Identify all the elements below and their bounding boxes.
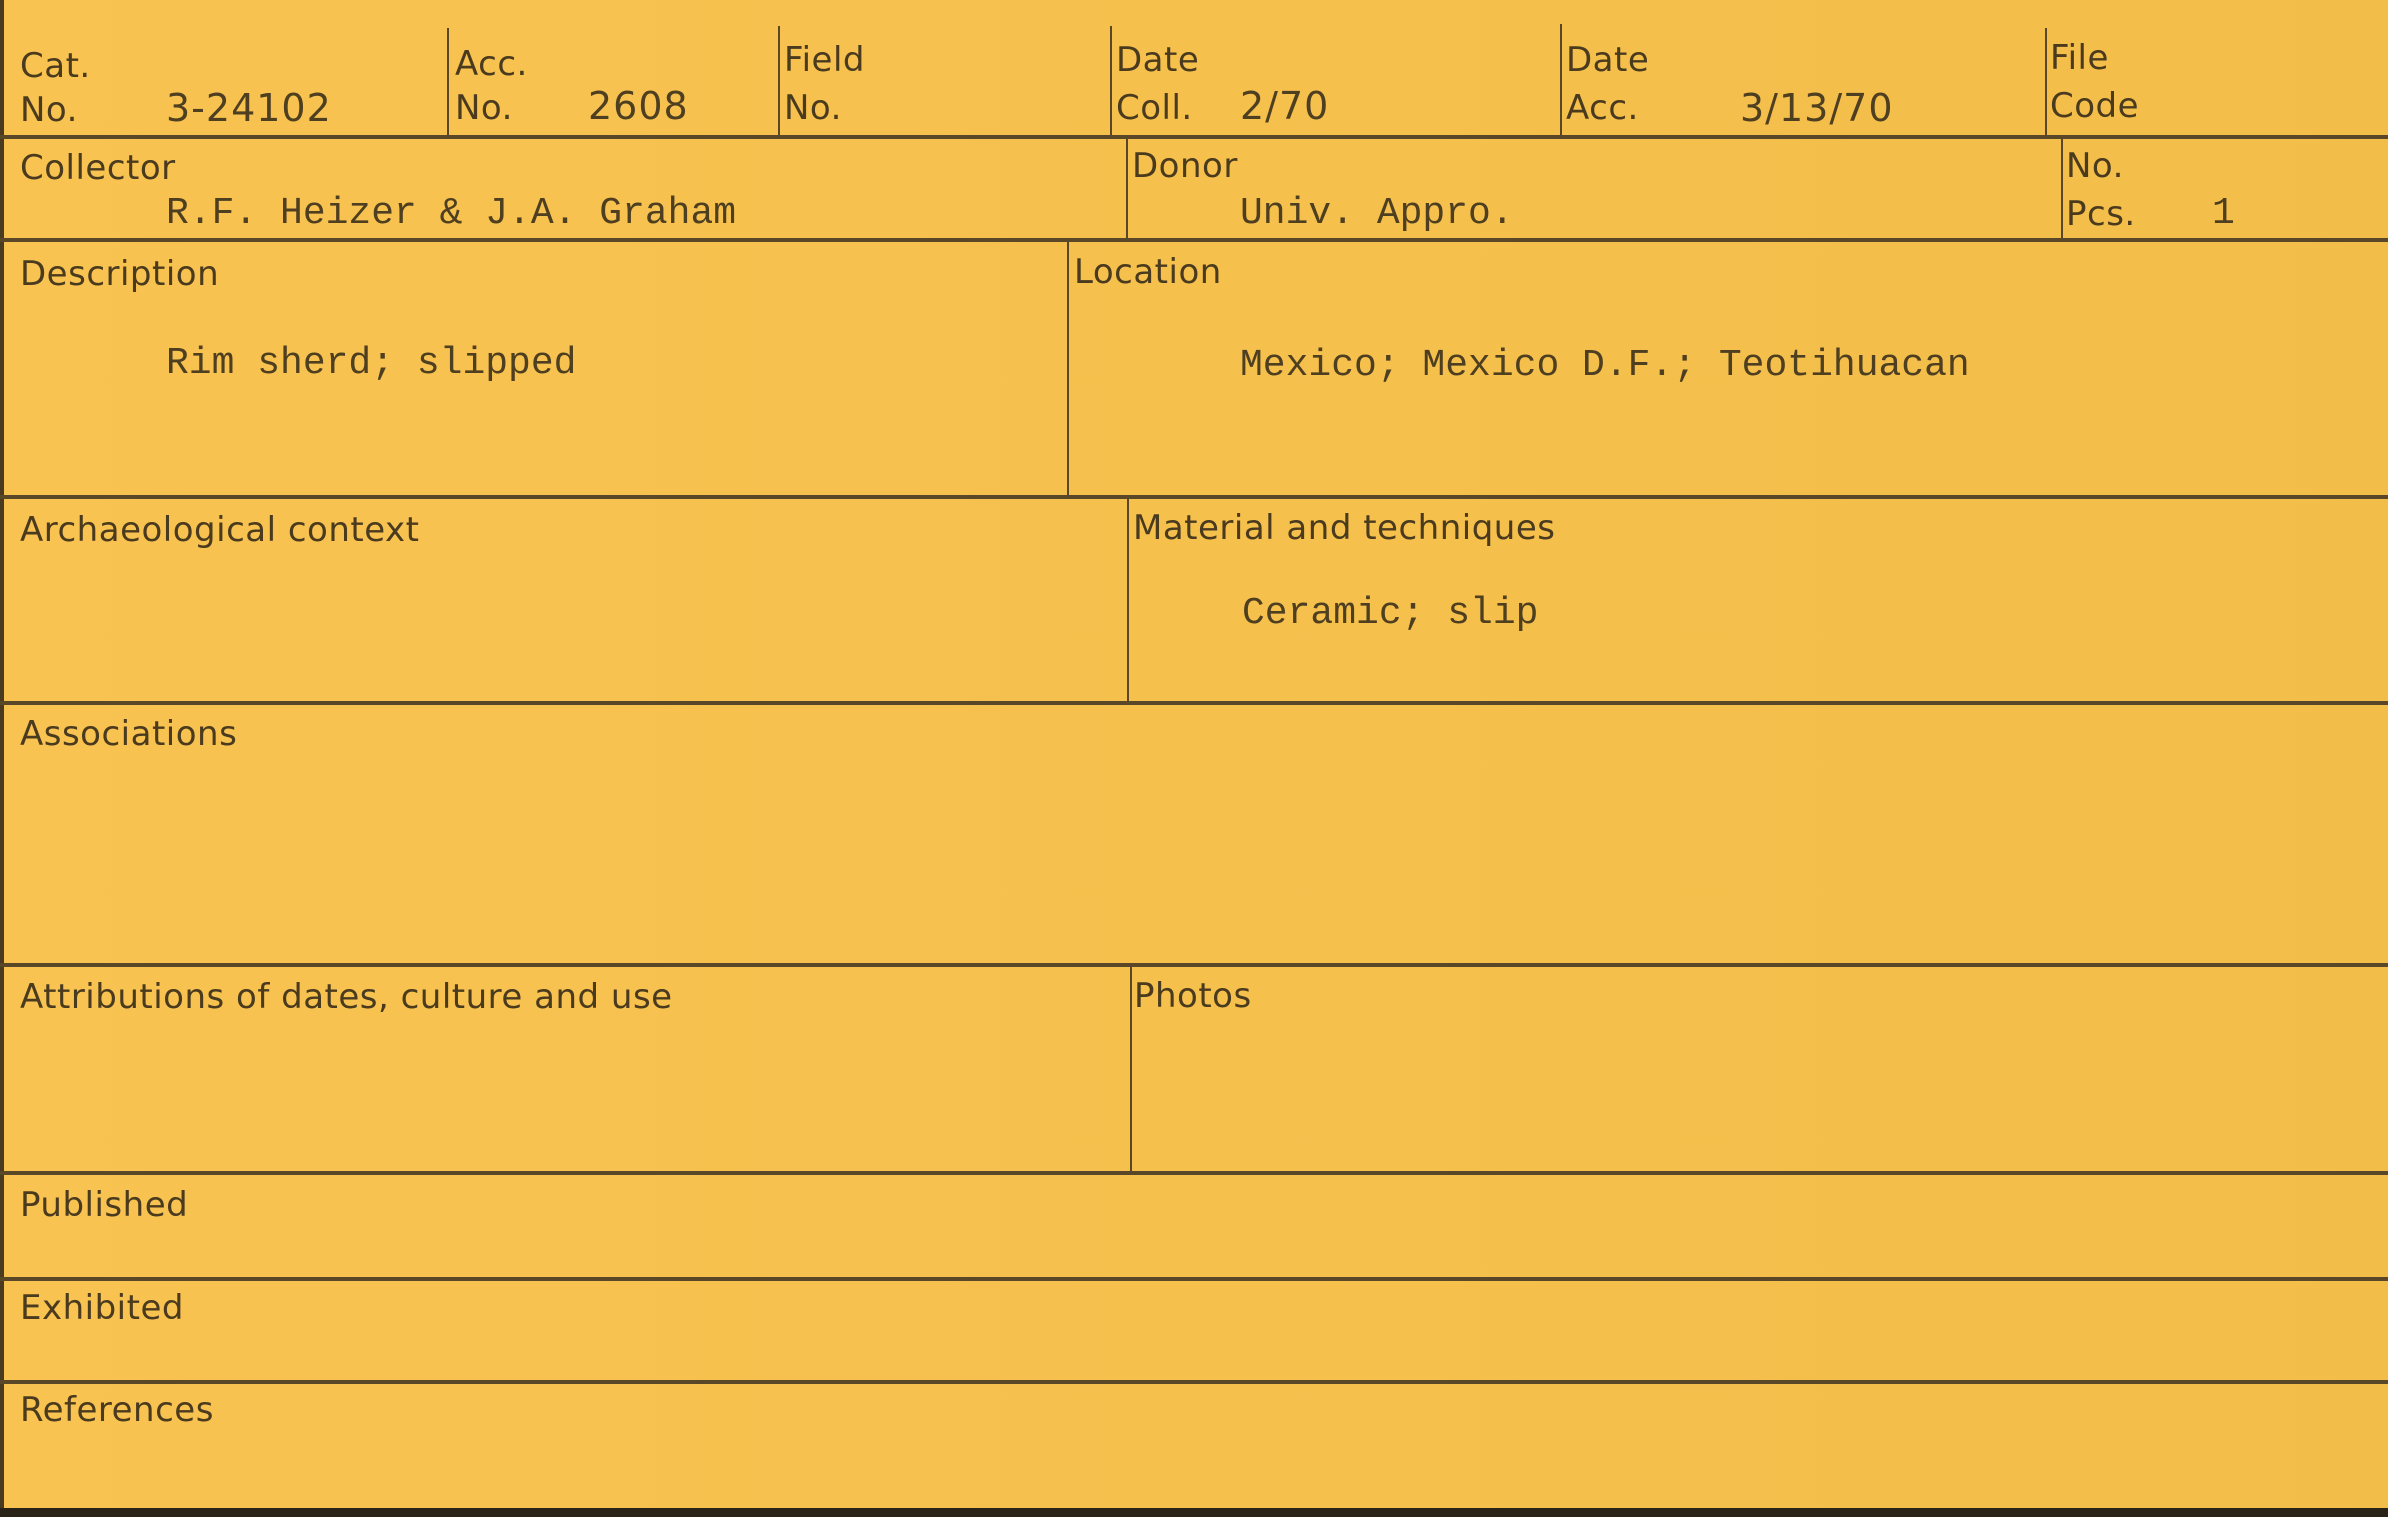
acc-no-label: No. (455, 88, 513, 128)
location-label: Location (1074, 252, 1222, 292)
divider-exhibited (0, 1380, 2388, 1384)
divider-v-location (1067, 240, 1069, 497)
divider-v-file-code (2045, 28, 2047, 137)
cat-no-value: 3-24102 (166, 86, 332, 130)
photos-label: Photos (1134, 976, 1252, 1016)
date-acc-label-2: Acc. (1566, 88, 1639, 128)
cat-no-label: No. (20, 90, 78, 130)
attributions-label: Attributions of dates, culture and use (20, 977, 673, 1017)
divider-attributions (0, 1171, 2388, 1175)
no-pcs-value: 1 (2212, 192, 2235, 236)
catalog-card: Cat. No. 3-24102 Acc. No. 2608 Field No.… (0, 0, 2388, 1508)
cat-label: Cat. (20, 46, 91, 86)
divider-v-photos (1130, 965, 1132, 1173)
date-coll-label-2: Coll. (1116, 88, 1193, 128)
divider-v-field (778, 26, 780, 137)
divider-collector (0, 238, 2388, 242)
acc-no-value: 2608 (588, 84, 689, 128)
associations-label: Associations (20, 714, 237, 754)
acc-label: Acc. (455, 44, 528, 84)
exhibited-label: Exhibited (20, 1288, 184, 1328)
divider-header (0, 135, 2388, 139)
published-label: Published (20, 1185, 188, 1225)
date-coll-value: 2/70 (1240, 84, 1329, 128)
no-label: No. (2066, 146, 2124, 186)
references-label: References (20, 1390, 214, 1430)
description-value: Rim sherd; slipped (166, 342, 576, 386)
collector-label: Collector (20, 148, 176, 188)
collector-value: R.F. Heizer & J.A. Graham (166, 192, 736, 236)
field-label: Field (784, 40, 865, 80)
location-value: Mexico; Mexico D.F.; Teotihuacan (1240, 344, 1970, 388)
divider-description (0, 495, 2388, 499)
divider-v-no-pcs (2061, 137, 2063, 240)
donor-value: Univ. Appro. (1240, 192, 1514, 236)
date-coll-label-1: Date (1116, 40, 1199, 80)
divider-v-donor (1126, 137, 1128, 240)
code-label: Code (2050, 86, 2139, 126)
divider-v-date-coll (1110, 26, 1112, 137)
file-label: File (2050, 38, 2109, 78)
date-acc-label-1: Date (1566, 40, 1649, 80)
divider-associations (0, 963, 2388, 967)
field-no-label: No. (784, 88, 842, 128)
donor-label: Donor (1132, 146, 1238, 186)
material-techniques-value: Ceramic; slip (1242, 592, 1538, 636)
card-left-edge (0, 0, 4, 1508)
divider-published (0, 1277, 2388, 1281)
divider-v-date-acc (1560, 24, 1562, 137)
pcs-label: Pcs. (2066, 194, 2136, 234)
material-techniques-label: Material and techniques (1133, 508, 1555, 548)
divider-archaeological (0, 701, 2388, 705)
divider-v-material (1127, 497, 1129, 703)
divider-v-acc (447, 28, 449, 137)
date-acc-value: 3/13/70 (1740, 86, 1894, 130)
description-label: Description (20, 254, 219, 294)
archaeological-context-label: Archaeological context (20, 510, 420, 550)
